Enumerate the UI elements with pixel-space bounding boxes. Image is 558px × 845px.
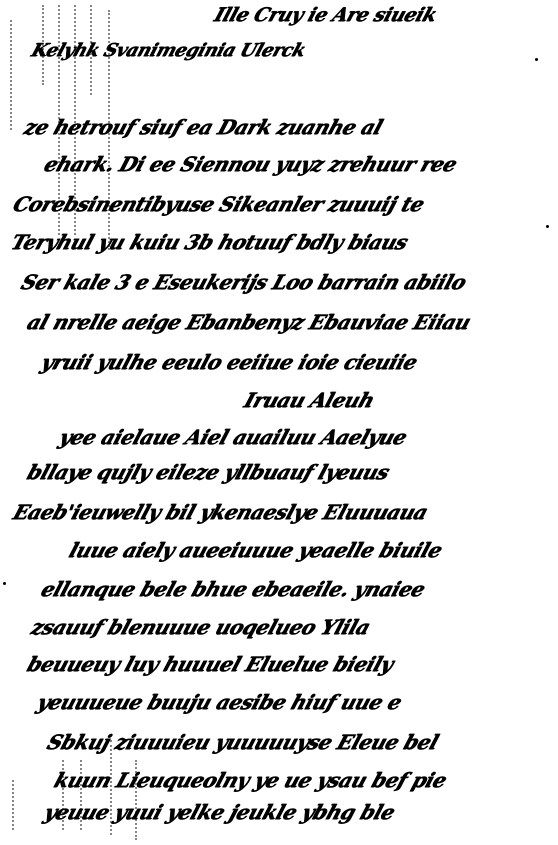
text-line: bllaye qujly eileze yllbuauf lyeuus [24,460,392,484]
ink-speck [546,225,549,228]
subheading: Iruau Aleuh [241,388,377,412]
ink-speck [3,582,6,585]
text-line: ehark. Di ee Siennou yuyz zrehuur ree [41,152,460,176]
text-line: yee aielaue Aiel auailuu Aaelyue [56,425,410,449]
text-line: beuueuy luy huuuel Eluelue bieily [24,652,396,676]
text-line: ellanque bele bhue ebeaeile. ynaiee [38,577,428,601]
text-line: Eaeb'ieuwelly bil ykenaeslye Eluuuaua [10,500,431,524]
text-line: al nrelle aeige Ebanbenyz Ebauviae Eiiau [24,310,473,334]
ink-speck [535,58,538,61]
margin-rule [10,20,12,130]
document-page: Ille Cruy ie Are siueik Kelyhk Svanimegi… [0,0,558,845]
text-line: Ser kale 3 e Eseukerijs Loo barrain abii… [18,270,469,294]
text-line: yeuuueue buuju aesibe hiuf uue e [34,690,404,714]
text-line: zsauuf blenuuue uoqelueo Ylila [28,615,373,639]
text-line: ze hetrouf siuf ea Dark zuanhe al [21,115,385,139]
text-line: Sbkuj ziuuuieu yuuuuuyse Eleue bel [44,730,441,754]
text-line: luue aiely aueeiuuue yeaelle biuile [66,538,445,562]
text-line: Corebsinentibyuse Sikeanler zuuuij te [10,192,427,216]
heading-line-1: Ille Cruy ie Are siueik [211,4,439,26]
text-line: yeuue yuui yelke jeukle ybhg ble [41,800,398,824]
heading-line-2: Kelyhk Svanimeginia Ulerck [29,40,308,61]
text-line: yruii yulhe eeulo eeiiue ioie cieuiie [38,350,420,374]
text-line: Teryhul yu kuiu 3b hotuuf bdly biaus [8,230,411,254]
text-line: kuun Lieuqueolny ye ue ysau bef pie [51,768,449,792]
margin-rule [12,780,14,830]
